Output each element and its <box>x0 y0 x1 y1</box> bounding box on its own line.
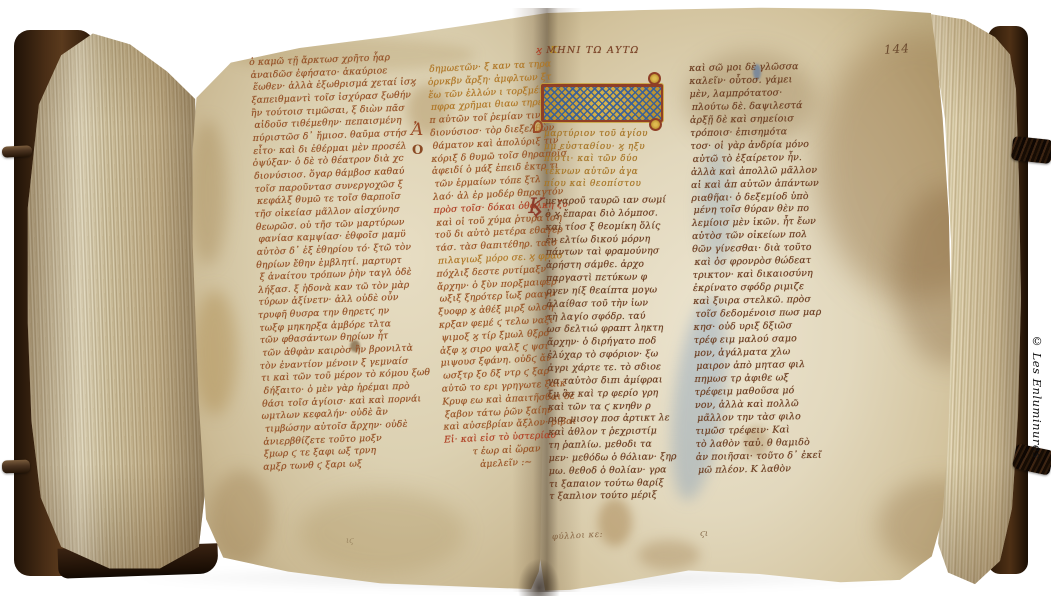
right-page-column-1: μεγαροῦ ταυρῶ ιαν σωμίὁ ϗ ἔπαραι διὸ λόμ… <box>545 194 675 504</box>
parchment-stain <box>189 120 227 265</box>
parchment-stain <box>193 290 237 415</box>
manuscript-photo: ὁ καμῶ τῇ ἄρκτωσ χρῆτο ἧαρἀναιδῶσ ἐφήσατ… <box>0 0 1051 600</box>
parchment-stain <box>638 540 700 570</box>
month-header-text: ΜΗΝΙ ΤΩ ΑΥΤΩ <box>546 45 639 56</box>
left-page-block-fore-edge <box>24 28 210 574</box>
right-page-column-2: καὶ σῶ μοι δὲ γλῶσσακαλεῖν· οὗτοσ. γάμει… <box>689 61 838 478</box>
rubric-mark: ϗ <box>536 45 543 56</box>
leather-strap-top <box>1011 136 1051 164</box>
copyright-credit: © Les Enluminures <box>1018 326 1044 466</box>
rubric-line: πίστι· καὶ τῶν δύο <box>544 153 664 166</box>
quire-mark: ιϛ <box>346 536 354 545</box>
rubric-line: πίου καὶ θεοπίστου <box>544 178 664 191</box>
decorated-initial: Ϗ <box>528 194 544 218</box>
clasp-pin-bottom <box>2 460 30 474</box>
rubric-line: μμ εὐσταθίου· ϗ ηξυ <box>544 141 664 154</box>
rubric-title: μαρτύριον τοῦ ἁγίουμμ εὐσταθίου· ϗ ηξυπί… <box>544 128 664 191</box>
signature-mark: ϛι <box>700 529 708 539</box>
folio-number: 144 <box>884 41 911 57</box>
left-page-column-1: ὁ καμῶ τῇ ἄρκτωσ χρῆτο ἧαρἀναιδῶσ ἐφήσατ… <box>250 51 436 474</box>
decorated-initial-alpha: Ἀ <box>411 120 423 140</box>
headpiece-corner-roundel <box>649 118 662 131</box>
text-line: τ ξαπλιον τούτο μέριξ <box>549 490 675 505</box>
month-header: ϗΜΗΝΙ ΤΩ ΑΥΤΩΚ̄ <box>536 45 686 56</box>
parchment-stain <box>210 470 272 565</box>
parchment-stain <box>300 490 465 575</box>
clasp-pin-top <box>2 145 33 158</box>
headpiece-lattice-pattern <box>544 87 661 120</box>
illuminated-headpiece-band <box>541 84 663 122</box>
text-line: μῶ πλέον. Κ λαθὸν <box>698 462 838 477</box>
rubric-line: μαρτύριον τοῦ ἁγίου <box>544 128 664 141</box>
fore-edge-shading <box>24 28 210 574</box>
headpiece-leaf-ornament <box>533 120 543 133</box>
rubric-line: τέκνων αὐτῶν ἀγα <box>544 166 664 179</box>
decorated-initial-omicron: Ο <box>412 143 423 158</box>
headpiece-corner-roundel <box>648 72 661 85</box>
